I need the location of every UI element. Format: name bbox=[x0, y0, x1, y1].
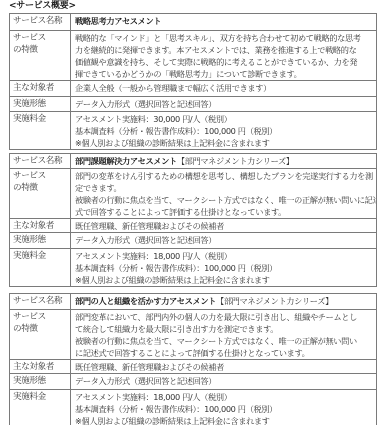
service-name-text: 部門の人と組織を活かす力アセスメント bbox=[75, 296, 216, 306]
service-name: 部門課題解決力アセスメント【部門マネジメント力シリーズ】 bbox=[71, 154, 377, 169]
service-table-people-organization: サービス名称 部門の人と組織を活かす力アセスメント【部門マネジメント力シリーズ】… bbox=[9, 293, 377, 425]
service-name: 部門の人と組織を活かす力アセスメント【部門マネジメント力シリーズ】 bbox=[71, 294, 377, 310]
service-name-text: 部門課題解決力アセスメント bbox=[75, 156, 177, 166]
service-fee: アセスメント実施料：30,000 円/人（税別） 基本調査料（分析・報告書作成料… bbox=[71, 112, 377, 150]
service-table-problem-solving: サービス名称 部門課題解決力アセスメント【部門マネジメント力シリーズ】 サービス… bbox=[9, 153, 377, 287]
label-service-name: サービス名称 bbox=[10, 154, 71, 169]
label-fee: 実施料金 bbox=[10, 390, 71, 425]
section-title: <サービス概要> bbox=[9, 0, 76, 12]
label-target: 主な対象者 bbox=[10, 360, 71, 374]
service-format: データ入力形式（選択回答と記述回答） bbox=[71, 233, 377, 249]
label-format: 実施形態 bbox=[10, 374, 71, 390]
label-target: 主な対象者 bbox=[10, 81, 71, 97]
service-table-strategic-thinking: サービス名称 戦略思考力アセスメント サービス の特徴 戦略的な「マインド」と「… bbox=[9, 13, 377, 150]
service-fee: アセスメント実施料：18,000 円/人（税別） 基本調査料（分析・報告書作成料… bbox=[71, 249, 377, 287]
label-service-features: サービス の特徴 bbox=[10, 169, 71, 219]
label-format: 実施形態 bbox=[10, 97, 71, 112]
label-format: 実施形態 bbox=[10, 233, 71, 249]
service-features: 戦略的な「マインド」と「思考スキル」、双方を持ち合わせて初めて戦略的な思考 力を… bbox=[71, 31, 377, 81]
label-fee: 実施料金 bbox=[10, 112, 71, 150]
service-format: データ入力形式（選択回答と記述回答） bbox=[71, 97, 377, 112]
service-name: 戦略思考力アセスメント bbox=[71, 14, 377, 31]
service-features: 部門の変革をけん引するための構想を思考し、構想したプランを完遂実行する力を測 定… bbox=[71, 169, 377, 219]
label-fee: 実施料金 bbox=[10, 249, 71, 287]
label-target: 主な対象者 bbox=[10, 219, 71, 233]
service-format: データ入力形式（選択回答と記述回答） bbox=[71, 374, 377, 390]
label-service-name: サービス名称 bbox=[10, 14, 71, 31]
service-target: 既任管理職、新任管理職およびその候補者 bbox=[71, 360, 377, 374]
service-name-text: 戦略思考力アセスメント bbox=[75, 16, 161, 26]
service-fee: アセスメント実施料：18,000 円/人（税別） 基本調査料（分析・報告書作成料… bbox=[71, 390, 377, 425]
label-service-name: サービス名称 bbox=[10, 294, 71, 310]
service-target: 企業人全般（一般から管理職まで幅広く活用できます） bbox=[71, 81, 377, 97]
service-series: 【部門マネジメント力シリーズ】 bbox=[177, 156, 294, 166]
label-service-features: サービス の特徴 bbox=[10, 31, 71, 81]
label-service-features: サービス の特徴 bbox=[10, 310, 71, 360]
service-target: 既任管理職、新任管理職およびその候補者 bbox=[71, 219, 377, 233]
service-features: 部門変革において、部門内外の個人の力を最大限に引き出し、組織やチームとし て統合… bbox=[71, 310, 377, 360]
service-series: 【部門マネジメント力シリーズ】 bbox=[216, 296, 333, 306]
